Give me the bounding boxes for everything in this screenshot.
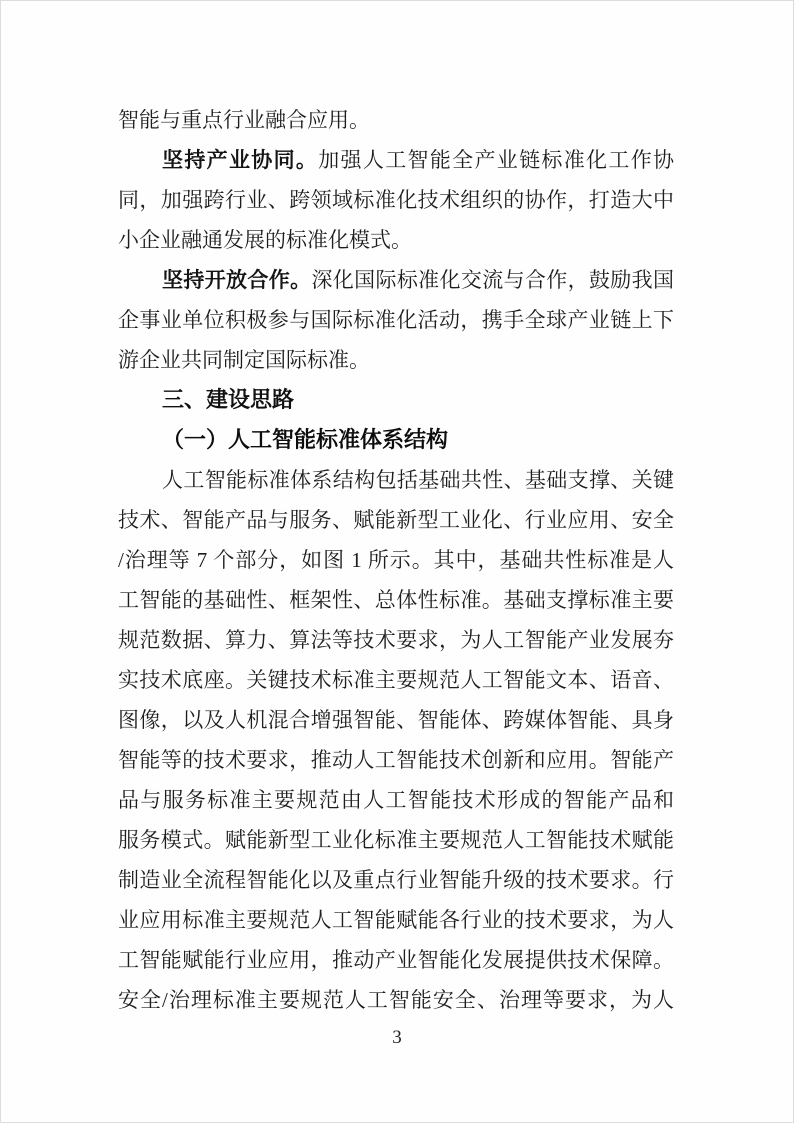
text-line: 智能等的技术要求，推动人工智能技术创新和应用。智能产 (118, 740, 674, 780)
text-line: /治理等 7 个部分，如图 1 所示。其中，基础共性标准是人 (118, 540, 674, 580)
text-line: 企事业单位积极参与国际标准化活动，携手全球产业链上下 (118, 300, 674, 340)
text-line: 小企业融通发展的标准化模式。 (118, 220, 674, 260)
subsection-heading: （一）人工智能标准体系结构 (118, 420, 674, 460)
text-line: 游企业共同制定国际标准。 (118, 340, 674, 380)
text-line: 工智能的基础性、框架性、总体性标准。基础支撑标准主要 (118, 580, 674, 620)
text-line: 坚持产业协同。加强人工智能全产业链标准化工作协 (118, 140, 674, 180)
text-line: 实技术底座。关键技术标准主要规范人工智能文本、语音、 (118, 660, 674, 700)
document-page: 智能与重点行业融合应用。 坚持产业协同。加强人工智能全产业链标准化工作协 同，加… (0, 0, 794, 1123)
page-number: 3 (1, 1023, 793, 1053)
text-line: 服务模式。赋能新型工业化标准主要规范人工智能技术赋能 (118, 820, 674, 860)
text-line: 业应用标准主要规范人工智能赋能各行业的技术要求，为人 (118, 900, 674, 940)
text-line: 工智能赋能行业应用，推动产业智能化发展提供技术保障。 (118, 940, 674, 980)
text-line-rest: 深化国际标准化交流与合作，鼓励我国 (311, 268, 674, 292)
text-block: 智能与重点行业融合应用。 坚持产业协同。加强人工智能全产业链标准化工作协 同，加… (118, 100, 674, 1020)
text-line: 品与服务标准主要规范由人工智能技术形成的智能产品和 (118, 780, 674, 820)
text-line: 智能与重点行业融合应用。 (118, 100, 674, 140)
text-line: 图像，以及人机混合增强智能、智能体、跨媒体智能、具身 (118, 700, 674, 740)
section-heading: 三、建设思路 (118, 380, 674, 420)
paragraph-lead: 坚持开放合作。 (162, 268, 311, 292)
text-line: 安全/治理标准主要规范人工智能安全、治理等要求，为人 (118, 980, 674, 1020)
paragraph-lead: 坚持产业协同。 (162, 148, 318, 172)
text-line: 规范数据、算力、算法等技术要求，为人工智能产业发展夯 (118, 620, 674, 660)
text-line: 制造业全流程智能化以及重点行业智能升级的技术要求。行 (118, 860, 674, 900)
text-line-rest: 加强人工智能全产业链标准化工作协 (318, 148, 674, 172)
text-line: 同，加强跨行业、跨领域标准化技术组织的协作，打造大中 (118, 180, 674, 220)
text-line: 人工智能标准体系结构包括基础共性、基础支撑、关键 (118, 460, 674, 500)
text-line: 技术、智能产品与服务、赋能新型工业化、行业应用、安全 (118, 500, 674, 540)
text-line: 坚持开放合作。深化国际标准化交流与合作，鼓励我国 (118, 260, 674, 300)
